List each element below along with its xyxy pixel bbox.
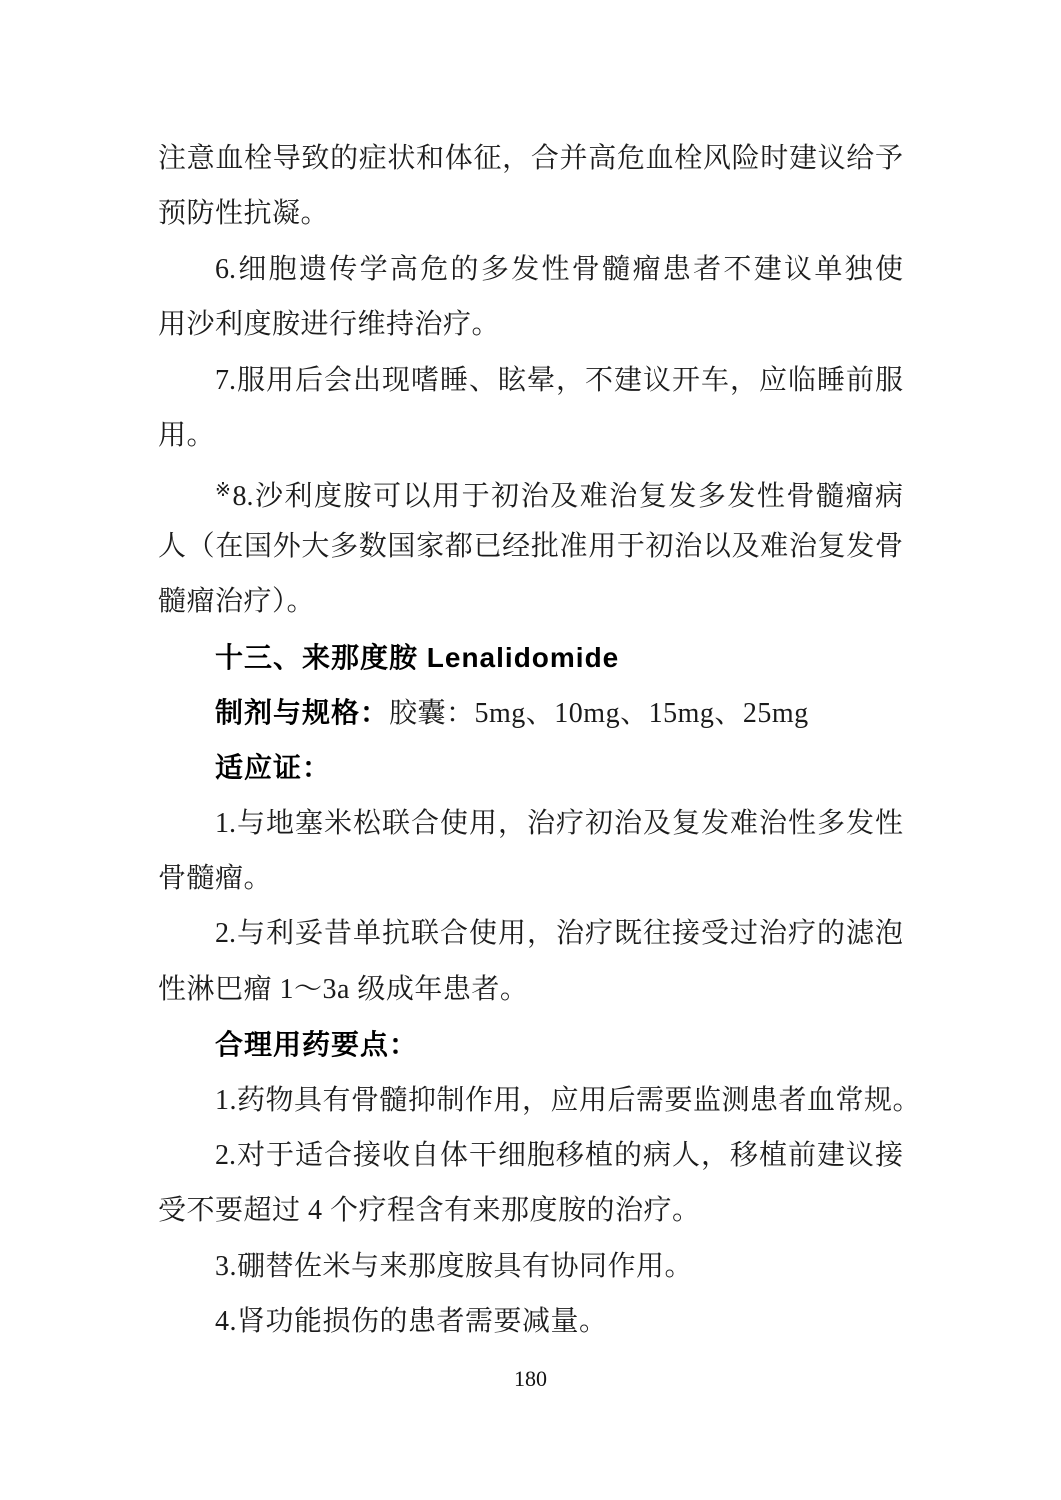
body-line: 用。: [158, 408, 903, 463]
body-line: 受不要超过 4 个疗程含有来那度胺的治疗。: [158, 1183, 903, 1238]
usage-points-heading: 合理用药要点：: [158, 1017, 903, 1072]
spec-value: 胶囊：5mg、10mg、15mg、25mg: [389, 698, 809, 729]
body-line: 4.肾功能损伤的患者需要减量。: [158, 1294, 903, 1349]
page-number: 180: [0, 1366, 1061, 1392]
line-text: 8.沙利度胺可以用于初治及难治复发多发性骨髓瘤病: [232, 481, 903, 512]
section-heading-lenalidomide: 十三、来那度胺 Lenalidomide: [158, 630, 903, 685]
body-line: 注意血栓导致的症状和体征，合并高危血栓风险时建议给予: [158, 131, 903, 186]
spec-line: 制剂与规格：胶囊：5mg、10mg、15mg、25mg: [158, 685, 903, 740]
body-line: 2.对于适合接收自体干细胞移植的病人，移植前建议接: [158, 1128, 903, 1183]
body-line: 人（在国外大多数国家都已经批准用于初治以及难治复发骨: [158, 519, 903, 574]
document-page: 注意血栓导致的症状和体征，合并高危血栓风险时建议给予 预防性抗凝。 6.细胞遗传…: [0, 0, 1061, 1500]
body-line: 性淋巴瘤 1～3a 级成年患者。: [158, 962, 903, 1017]
document-body: 注意血栓导致的症状和体征，合并高危血栓风险时建议给予 预防性抗凝。 6.细胞遗传…: [158, 131, 903, 1350]
body-line: 髓瘤治疗）。: [158, 574, 903, 629]
body-line: ※8.沙利度胺可以用于初治及难治复发多发性骨髓瘤病: [158, 463, 903, 518]
indications-heading: 适应证：: [158, 740, 903, 795]
body-line: 6.细胞遗传学高危的多发性骨髓瘤患者不建议单独使: [158, 242, 903, 297]
body-line: 1.药物具有骨髓抑制作用，应用后需要监测患者血常规。: [158, 1073, 903, 1128]
body-line: 骨髓瘤。: [158, 851, 903, 906]
body-line: 用沙利度胺进行维持治疗。: [158, 297, 903, 352]
body-line: 预防性抗凝。: [158, 186, 903, 241]
spec-label: 制剂与规格：: [215, 697, 389, 728]
body-line: 7.服用后会出现嗜睡、眩晕，不建议开车，应临睡前服: [158, 353, 903, 408]
body-line: 2.与利妥昔单抗联合使用，治疗既往接受过治疗的滤泡: [158, 906, 903, 961]
reference-mark: ※: [215, 480, 232, 501]
body-line: 1.与地塞米松联合使用，治疗初治及复发难治性多发性: [158, 796, 903, 851]
body-line: 3.硼替佐米与来那度胺具有协同作用。: [158, 1239, 903, 1294]
